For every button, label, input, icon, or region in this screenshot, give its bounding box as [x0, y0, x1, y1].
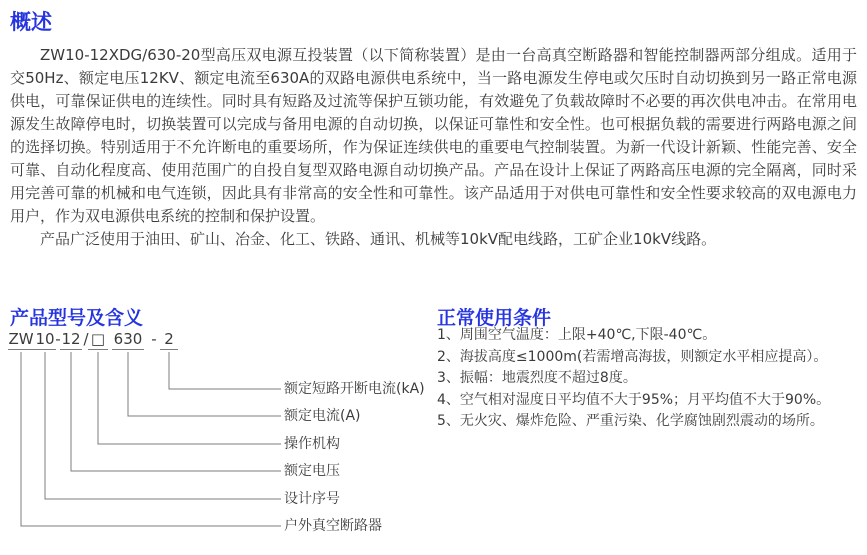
- condition-item-2: 2、海拔高度≤1000m(若需增高海拔，则额定水平相应提高）。: [437, 347, 863, 369]
- model-label-outdoor-breaker: 户外真空断路器: [284, 517, 382, 535]
- model-label-breaking-current: 额定短路开断电流(kA): [284, 380, 425, 398]
- model-part-dash2: -: [149, 331, 159, 348]
- condition-item-3: 3、振幅：地震烈度不超过8度。: [437, 368, 863, 390]
- condition-item-1: 1、周围空气温度：上限+40℃,下限-40℃。: [437, 325, 863, 347]
- document-page: 概述 ZW10-12XDG/630-20型高压双电源互投装置（以下简称装置）是由…: [0, 0, 867, 555]
- overview-body: ZW10-12XDG/630-20型高压双电源互投装置（以下简称装置）是由一台高…: [10, 44, 857, 251]
- overview-heading: 概述: [10, 6, 52, 36]
- condition-item-5: 5、无火灾、爆炸危险、严重污染、化学腐蚀剧烈震动的场所。: [437, 411, 863, 433]
- overview-paragraph-2: 产品广泛使用于油田、矿山、冶金、化工、铁路、通讯、机械等10kV配电线路，工矿企…: [10, 228, 857, 251]
- model-label-mechanism: 操作机构: [284, 435, 340, 453]
- conditions-list: 1、周围空气温度：上限+40℃,下限-40℃。 2、海拔高度≤1000m(若需增…: [437, 325, 863, 433]
- overview-paragraph-1: ZW10-12XDG/630-20型高压双电源互投装置（以下简称装置）是由一台高…: [10, 44, 857, 228]
- model-label-rated-voltage: 额定电压: [284, 462, 340, 480]
- model-label-design-serial: 设计序号: [284, 490, 340, 508]
- condition-item-4: 4、空气相对湿度日平均值不大于95%；月平均值不大于90%。: [437, 390, 863, 412]
- model-section-heading: 产品型号及含义: [10, 303, 143, 330]
- model-label-rated-current: 额定电流(A): [284, 407, 361, 425]
